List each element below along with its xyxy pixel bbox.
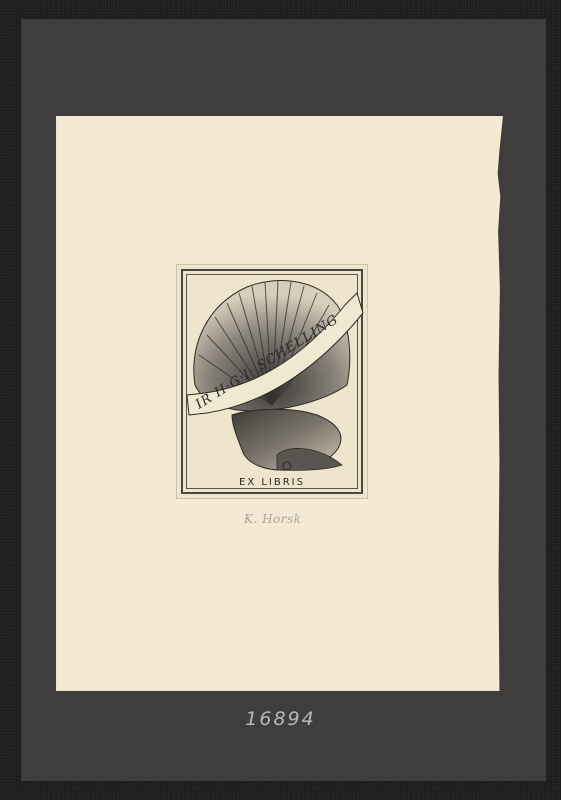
ex-libris-caption: EX LIBRIS	[177, 477, 367, 488]
show-through-text: · · · · · · · · · · · · · · ·	[156, 144, 486, 154]
bookplate-print: IR H·G·I· SCHELLING EX LIBRIS	[176, 264, 368, 499]
scallop-shell-illustration: IR H·G·I· SCHELLING	[177, 265, 367, 498]
inventory-number: 16894	[0, 708, 561, 730]
artist-signature: K. Horsk	[244, 512, 301, 526]
